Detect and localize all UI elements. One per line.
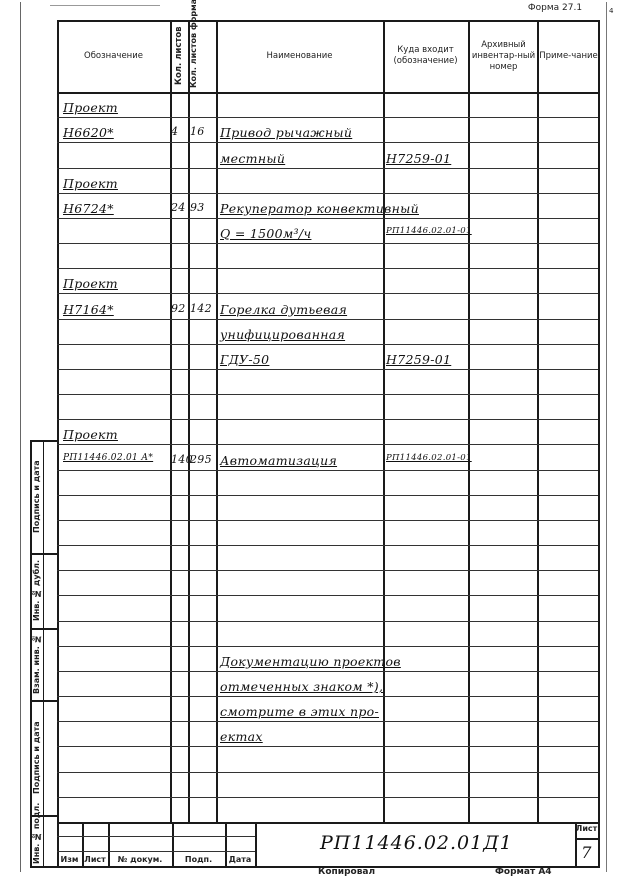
side-strip-label: Взам. инв. №: [31, 630, 43, 698]
row-divider: [57, 570, 598, 571]
title-block-column-line: [575, 822, 577, 866]
header-included-in-text: Куда входит (обозначение): [383, 45, 468, 67]
row-divider: [57, 721, 598, 722]
cell-designation: Н6620*: [63, 125, 114, 140]
row-divider: [57, 319, 598, 320]
column-line: [170, 20, 172, 822]
title-block-column-line: [255, 822, 257, 866]
row-divider: [57, 444, 598, 445]
column-line: [216, 20, 218, 822]
cell-designation: Н6724*: [63, 201, 114, 216]
row-divider: [57, 193, 598, 194]
form-label: Форма 27.1: [520, 3, 590, 14]
row-divider: [57, 293, 598, 294]
cell-a4-count: 16: [190, 125, 205, 138]
table-top-border: [57, 20, 600, 22]
cell-name: Q = 1500м³/ч: [220, 226, 311, 241]
header-name: Наименование: [216, 20, 383, 92]
row-divider: [57, 646, 598, 647]
binding-edge-line: [20, 2, 21, 872]
row-divider: [57, 671, 598, 672]
row-divider: [57, 117, 598, 118]
cell-name: Горелка дутьевая: [220, 302, 347, 317]
cell-name: местный: [220, 151, 285, 166]
header-archive-number: Архивный инвентар-ный номер: [470, 20, 537, 92]
header-archive-number-text: Архивный инвентар-ный номер: [470, 40, 537, 73]
title-block-top-border: [57, 822, 600, 824]
row-divider: [57, 419, 598, 420]
row-divider: [57, 218, 598, 219]
title-block-column-line: [57, 822, 59, 866]
sheet-box-divider: [575, 838, 598, 840]
cell-sheet-count: 4: [171, 125, 178, 138]
column-line: [57, 20, 59, 822]
cell-name: Документацию проектов: [220, 654, 401, 669]
row-divider: [57, 545, 598, 546]
row-divider: [57, 168, 598, 169]
header-a4-count: Кол. листов формата А4: [188, 24, 216, 88]
cell-name: смотрите в этих про-: [220, 704, 379, 719]
header-note-text: Приме-чание: [539, 51, 598, 62]
cell-designation: Н7164*: [63, 302, 114, 317]
page-right-edge: [606, 2, 607, 872]
cell-designation: Проект: [63, 100, 118, 115]
title-block-label: Дата: [226, 854, 254, 865]
cell-name: ГДУ-50: [220, 352, 269, 367]
header-note: Приме-чание: [539, 20, 598, 92]
side-strip-inner-line: [43, 440, 44, 866]
column-line: [598, 20, 600, 822]
side-strip-label: Подпись и дата: [31, 702, 43, 813]
side-strip-divider: [30, 440, 57, 442]
cell-name: Автоматизация: [220, 453, 337, 468]
row-divider: [57, 268, 598, 269]
row-divider: [57, 243, 598, 244]
footer-format: Формат А4: [495, 867, 552, 878]
column-line: [537, 20, 539, 822]
row-divider: [57, 772, 598, 773]
cell-name: ектах: [220, 729, 263, 744]
header-bottom-border: [57, 92, 600, 94]
row-divider: [57, 621, 598, 622]
header-designation-text: Обозначение: [84, 51, 143, 62]
cell-a4-count: 295: [190, 453, 212, 466]
cell-included-in: Н7259-01: [386, 352, 451, 367]
side-strip-divider: [30, 700, 57, 702]
row-divider: [57, 394, 598, 395]
header-designation: Обозначение: [57, 20, 170, 92]
cell-sheet-count: 24: [171, 201, 186, 214]
row-divider: [57, 797, 598, 798]
title-block-bottom-border: [57, 866, 600, 868]
cell-name: унифицированная: [220, 327, 345, 342]
title-block-label: Лист: [83, 854, 107, 865]
cell-a4-count: 142: [190, 302, 212, 315]
sheet-label: Лист: [575, 823, 598, 834]
margin-mark: 4: [609, 6, 613, 17]
cell-name: Привод рычажный: [220, 125, 352, 140]
side-strip-divider: [30, 628, 57, 630]
side-strip-divider: [30, 866, 57, 868]
side-strip-divider: [30, 553, 57, 555]
title-block-column-line: [172, 822, 174, 866]
cell-name: отмеченных знаком *),: [220, 679, 383, 694]
title-block-row-line: [57, 851, 255, 852]
column-line: [383, 20, 385, 822]
cell-a4-count: 93: [190, 201, 205, 214]
side-strip-label: Подпись и дата: [31, 442, 43, 551]
title-block-label: № докум.: [109, 854, 171, 865]
side-strip-divider: [30, 815, 57, 817]
title-block-column-line: [225, 822, 227, 866]
row-divider: [57, 344, 598, 345]
title-block-column-line: [82, 822, 84, 866]
row-divider: [57, 520, 598, 521]
row-divider: [57, 696, 598, 697]
title-block-label: Изм: [58, 854, 81, 865]
title-block-label: Подп.: [173, 854, 224, 865]
row-divider: [57, 595, 598, 596]
cell-name: Рекуператор конвективный: [220, 201, 419, 216]
cell-included-in: РП11446.02.01-01: [386, 226, 472, 236]
cell-included-in: Н7259-01: [386, 151, 451, 166]
document-code: РП11446.02.01Д1: [320, 832, 513, 854]
frame-right-border: [598, 822, 600, 866]
column-line: [188, 20, 190, 822]
header-included-in: Куда входит (обозначение): [383, 20, 468, 92]
row-divider: [57, 369, 598, 370]
footer-copied: Копировал: [318, 867, 375, 878]
header-name-text: Наименование: [266, 51, 332, 62]
cell-sheet-count: 92: [171, 302, 186, 315]
row-divider: [57, 142, 598, 143]
row-divider: [57, 746, 598, 747]
scan-artifact: [50, 5, 160, 6]
row-divider: [57, 470, 598, 471]
title-block-row-line: [57, 836, 255, 837]
title-block-column-line: [108, 822, 110, 866]
row-divider: [57, 495, 598, 496]
side-strip-label: Инв. № дубл.: [31, 555, 43, 626]
side-strip-label: Инв. № подл.: [31, 817, 43, 864]
cell-designation: Проект: [63, 427, 118, 442]
sheet-number: 7: [575, 843, 598, 862]
cell-designation: РП11446.02.01 А*: [63, 453, 153, 463]
cell-designation: Проект: [63, 276, 118, 291]
side-strip-outer-line: [30, 440, 32, 866]
cell-designation: Проект: [63, 176, 118, 191]
header-sheet-count: Кол. листов: [170, 24, 188, 88]
column-line: [468, 20, 470, 822]
cell-included-in: РП11446.02.01-01: [386, 453, 472, 463]
